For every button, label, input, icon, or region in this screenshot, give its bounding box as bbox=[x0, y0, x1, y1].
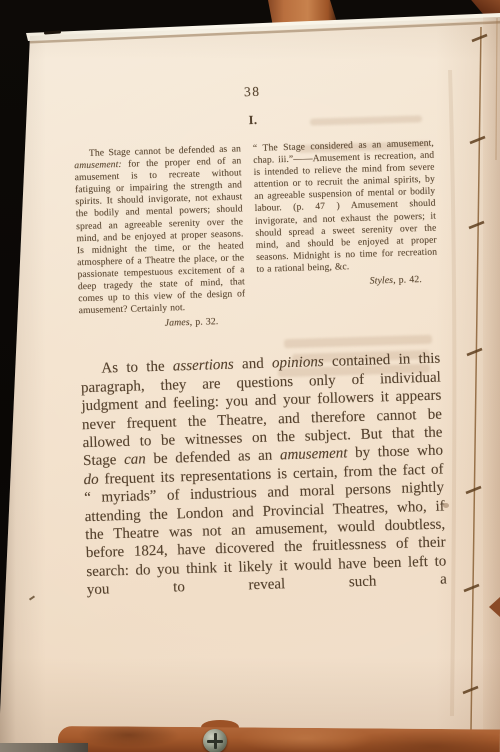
book-photo: 38 I. The Stage cannot be defended as an… bbox=[0, 0, 500, 752]
thread-line bbox=[471, 27, 481, 730]
quote-right-attribution: Styles, p. 42. bbox=[257, 274, 438, 291]
body-paragraph: As to the assertions and opinions contai… bbox=[80, 350, 447, 600]
page-crease bbox=[450, 70, 454, 716]
screw bbox=[203, 729, 227, 752]
section-heading: I. bbox=[73, 108, 433, 134]
shadow-strip-bottom-left bbox=[0, 743, 88, 752]
quote-column-left: The Stage cannot be defended as an amuse… bbox=[74, 143, 246, 332]
printed-content: 38 I. The Stage cannot be defended as an… bbox=[72, 79, 447, 600]
stitch-knots bbox=[463, 35, 487, 693]
quote-right-body: “ The Stage considered as an amusement, … bbox=[253, 138, 438, 276]
next-page-edge bbox=[496, 18, 497, 160]
quote-left-attribution: James, p. 32. bbox=[79, 316, 246, 333]
quotation-columns: The Stage cannot be defended as an amuse… bbox=[74, 138, 439, 333]
quote-column-right: “ The Stage considered as an amusement, … bbox=[253, 138, 439, 328]
wood-shelf bbox=[58, 726, 500, 752]
quote-left-body: The Stage cannot be defended as an amuse… bbox=[74, 143, 246, 317]
